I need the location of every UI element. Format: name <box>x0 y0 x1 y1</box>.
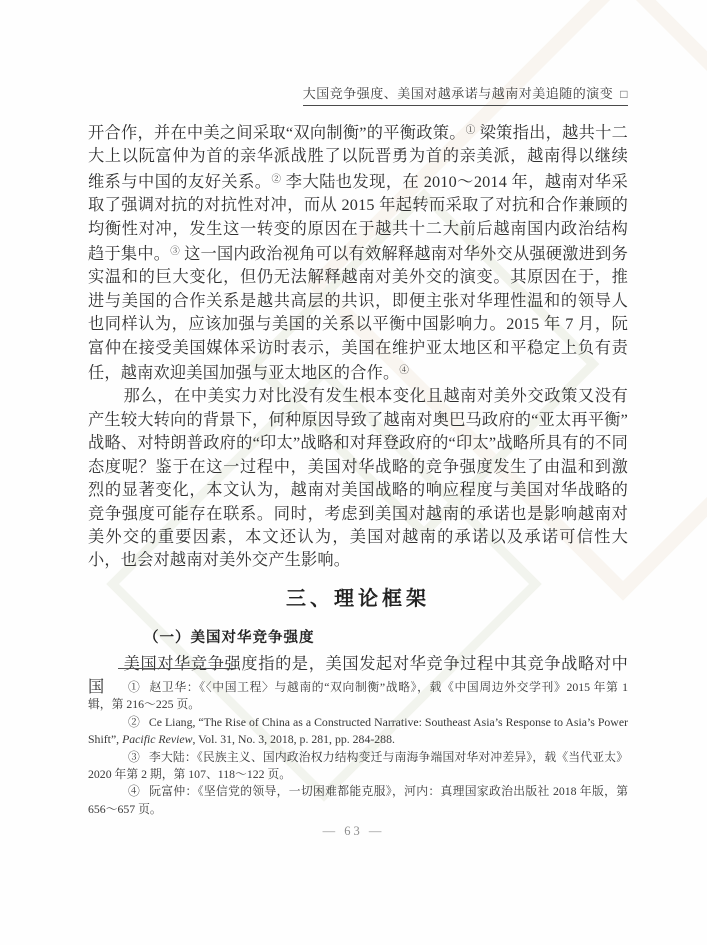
footnote-reference-4: ④ <box>399 366 409 376</box>
section-heading: 三、理论框架 <box>88 585 628 613</box>
page-body: 开合作，并在中美之间采取“双向制衡”的平衡政策。① 梁策指出，越共十二大上以阮富… <box>88 120 628 700</box>
footnote-text: 李大陆：《民族主义、国内政治权力结构变迁与南海争端国对华对冲差异》，载《当代亚太… <box>88 750 628 781</box>
footnote-marker-1: ① <box>128 680 140 694</box>
footnote-4: ④阮富仲：《坚信党的领导，一切困难都能克服》，河内：真理国家政治出版社 2018… <box>88 783 628 818</box>
footnote-divider <box>118 668 236 669</box>
paragraph-text: 开合作，并在中美之间采取“双向制衡”的平衡政策。 <box>88 124 466 142</box>
running-head-title: 大国竞争强度、美国对越承诺与越南对美追随的演变□ <box>303 86 628 106</box>
footnote-2: ②Ce Liang, “The Rise of China as a Const… <box>88 714 628 749</box>
footnote-1: ①赵卫华：《〈中国工程〉与越南的“双向制衡”战略》，载《中国周边外交学刊》201… <box>88 679 628 714</box>
running-title-text: 大国竞争强度、美国对越承诺与越南对美追随的演变 <box>303 86 614 101</box>
subsection-heading: （一）美国对华竞争强度 <box>88 629 628 648</box>
paragraph-text: 这一国内政治视角可以有效解释越南对华外交从强硬激进到务实温和的巨大变化，但仍无法… <box>88 245 628 382</box>
body-paragraph-1: 开合作，并在中美之间采取“双向制衡”的平衡政策。① 梁策指出，越共十二大上以阮富… <box>88 120 628 385</box>
title-box-marker: □ <box>620 86 628 102</box>
footnote-text: 阮富仲：《坚信党的领导，一切困难都能克服》，河内：真理国家政治出版社 2018 … <box>88 784 628 815</box>
footnote-3: ③李大陆：《民族主义、国内政治权力结构变迁与南海争端国对华对冲差异》，载《当代亚… <box>88 749 628 784</box>
footnote-marker-2: ② <box>128 715 140 729</box>
footnote-text: , Vol. 31, No. 3, 2018, p. 281, pp. 284-… <box>193 732 395 746</box>
footnote-marker-3: ③ <box>128 750 140 764</box>
footnote-reference-3: ③ <box>170 247 180 257</box>
footnote-journal-title: Pacific Review <box>122 732 192 746</box>
footnote-text: 赵卫华：《〈中国工程〉与越南的“双向制衡”战略》，载《中国周边外交学刊》2015… <box>88 680 628 711</box>
footnote-reference-2: ② <box>271 175 281 185</box>
footnote-reference-1: ① <box>466 126 476 136</box>
footnote-marker-4: ④ <box>128 784 140 798</box>
footnotes-section: ①赵卫华：《〈中国工程〉与越南的“双向制衡”战略》，载《中国周边外交学刊》201… <box>88 668 628 818</box>
body-paragraph-2: 那么，在中美实力对比没有发生根本变化且越南对美外交政策又没有产生较大转向的背景下… <box>88 385 628 572</box>
paper-page: 大国竞争强度、美国对越承诺与越南对美追随的演变□ 开合作，并在中美之间采取“双向… <box>0 0 707 945</box>
page-number: — 63 — <box>0 824 707 839</box>
